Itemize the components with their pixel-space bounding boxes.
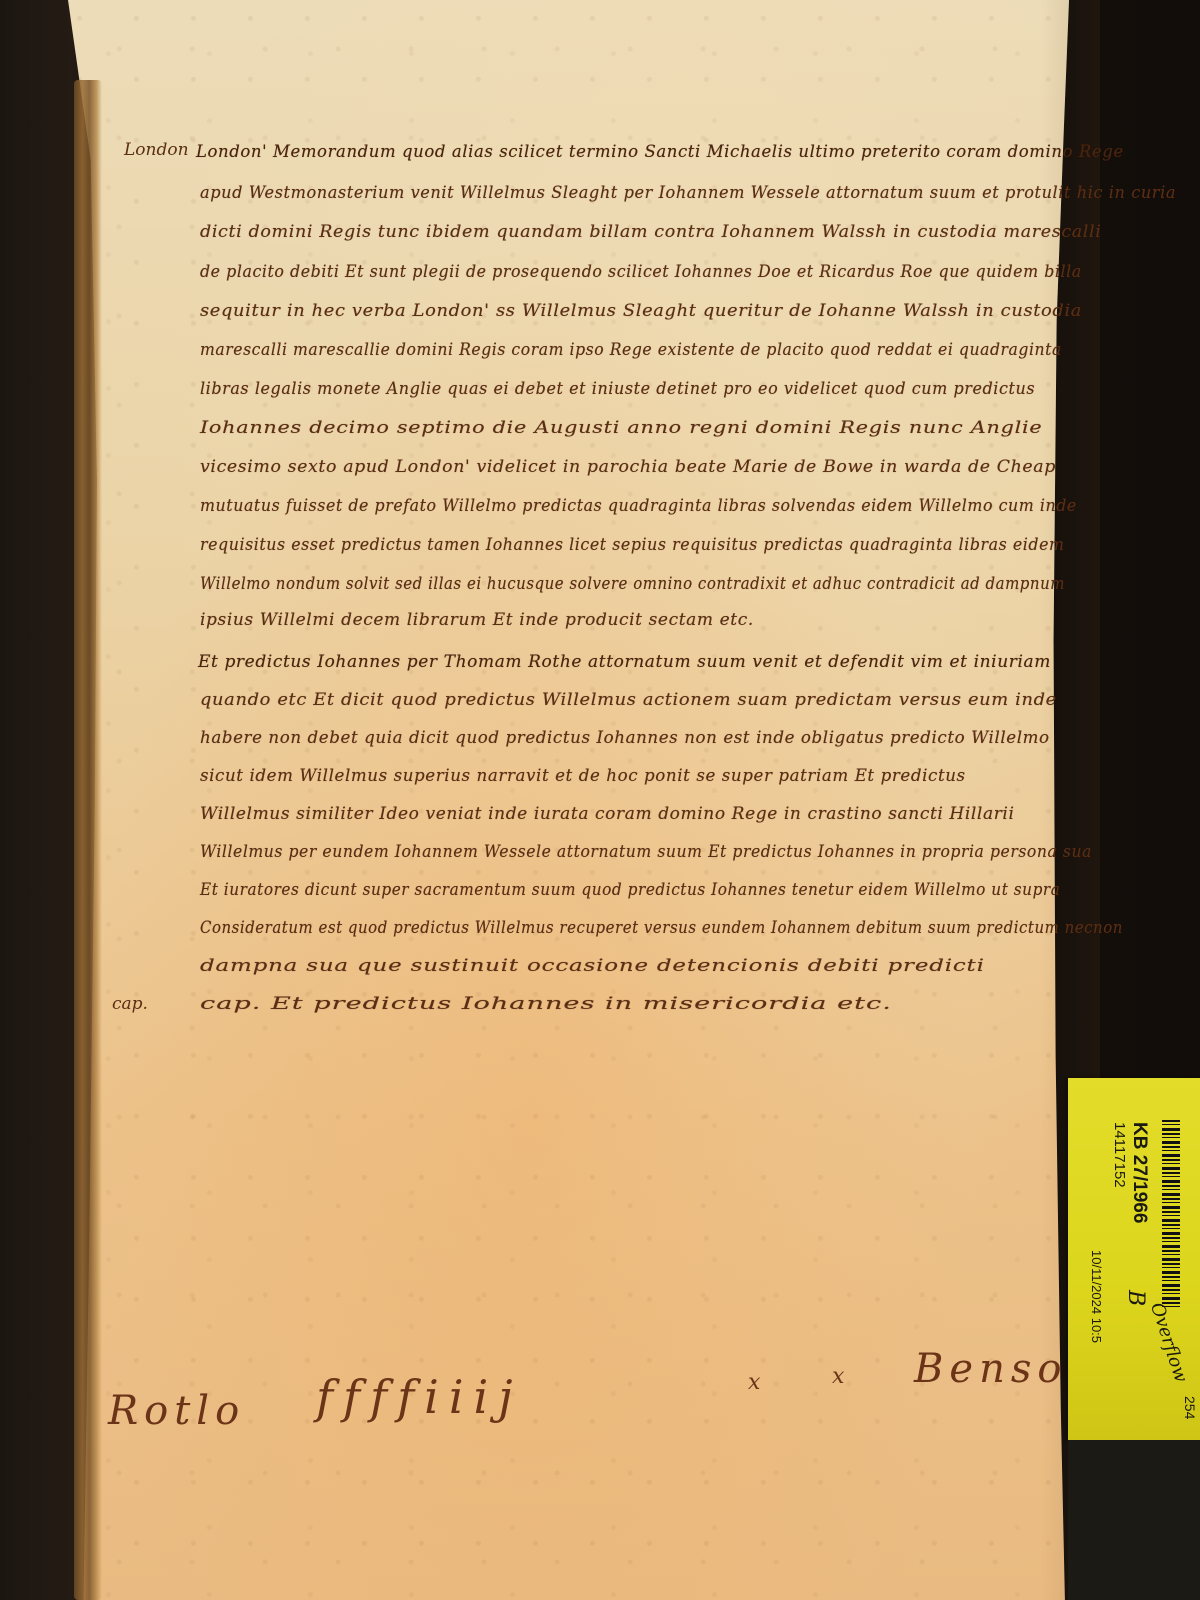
- manuscript-line: Willelmus per eundem Iohannem Wessele at…: [200, 842, 1092, 862]
- manuscript-line: marescalli marescallie domini Regis cora…: [200, 340, 1062, 360]
- manuscript-line: mutuatus fuisset de prefato Willelmo pre…: [200, 496, 1077, 516]
- manuscript-line: Willelmus similiter Ideo veniat inde iur…: [200, 804, 1015, 824]
- manuscript-line: dicti domini Regis tunc ibidem quandam b…: [200, 222, 1101, 242]
- manuscript-line: Et iuratores dicunt super sacramentum su…: [200, 880, 1060, 900]
- manuscript-line: vicesimo sexto apud London' videlicet in…: [200, 457, 1056, 477]
- manuscript-line: ipsius Willelmi decem librarum Et inde p…: [200, 610, 754, 630]
- manuscript-text: London London' Memorandum quod alias sci…: [0, 0, 1200, 1600]
- manuscript-line: libras legalis monete Anglie quas ei deb…: [200, 379, 1035, 399]
- label-shadow-strip: [1068, 1440, 1200, 1600]
- footer-cross: x: [832, 1364, 850, 1389]
- manuscript-line: cap. Et predictus Iohannes in misericord…: [200, 994, 892, 1014]
- manuscript-line: London' Memorandum quod alias scilicet t…: [196, 142, 1124, 162]
- manuscript-line: de placito debiti Et sunt plegii de pros…: [200, 262, 1082, 282]
- manuscript-line: Iohannes decimo septimo die Augusti anno…: [200, 418, 1042, 438]
- footer-rotlo: Rotlo: [108, 1388, 245, 1434]
- footer-roman-numeral: ffffiiij: [316, 1370, 523, 1424]
- handwritten-initial: B: [1123, 1290, 1148, 1306]
- manuscript-line: requisitus esset predictus tamen Iohanne…: [200, 535, 1065, 555]
- archive-reference: KB 27/1966: [1128, 1122, 1150, 1223]
- manuscript-line: sequitur in hec verba London' ss Willelm…: [200, 301, 1082, 321]
- manuscript-line: Willelmo nondum solvit sed illas ei hucu…: [200, 574, 1065, 594]
- footer-cross: x: [748, 1370, 766, 1395]
- manuscript-line: Consideratum est quod predictus Willelmu…: [200, 918, 1123, 938]
- manuscript-line: dampna sua que sustinuit occasione deten…: [200, 956, 985, 976]
- manuscript-line: Et predictus Iohannes per Thomam Rothe a…: [198, 652, 1051, 672]
- page-number: 254: [1182, 1396, 1198, 1419]
- manuscript-line: quando etc Et dicit quod predictus Wille…: [200, 690, 1057, 710]
- barcode-number: 14117152: [1111, 1122, 1128, 1188]
- manuscript-line: apud Westmonasterium venit Willelmus Sle…: [200, 183, 1176, 203]
- barcode-icon: [1162, 1120, 1180, 1310]
- manuscript-line: sicut idem Willelmus superius narravit e…: [200, 766, 966, 786]
- margin-note-london: London: [124, 140, 189, 160]
- margin-note-cap: cap.: [112, 994, 148, 1014]
- print-timestamp: 10/11/2024 10:5: [1089, 1250, 1104, 1343]
- manuscript-line: habere non debet quia dicit quod predict…: [200, 728, 1050, 748]
